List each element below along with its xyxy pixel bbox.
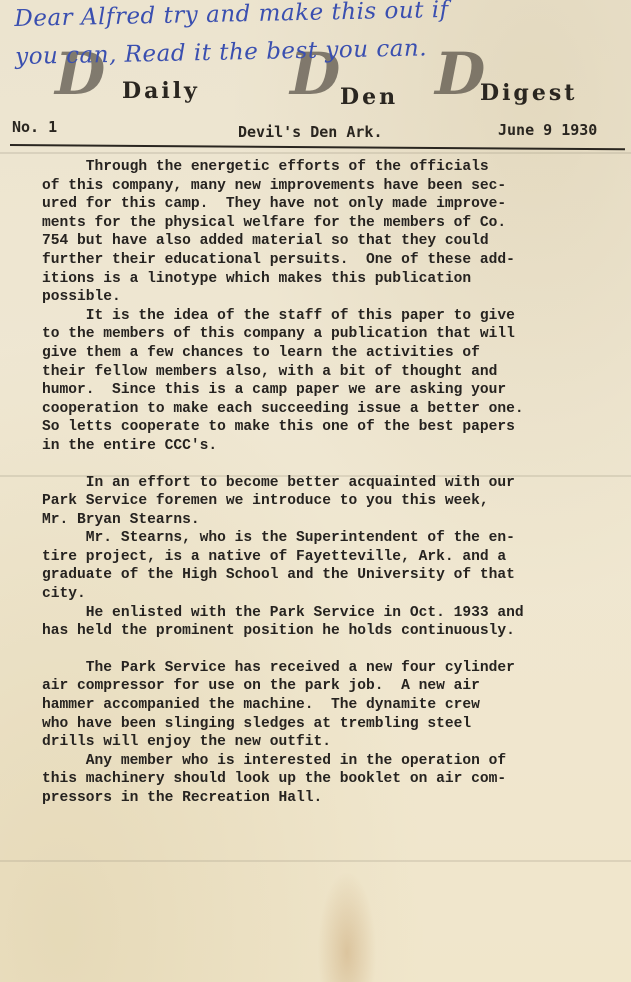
paragraph: The Park Service has received a new four…: [42, 659, 602, 752]
text-line: So letts cooperate to make this one of t…: [42, 418, 602, 437]
text-line: pressors in the Recreation Hall.: [42, 789, 602, 808]
text-line: of this company, many new improvements h…: [42, 177, 602, 196]
paragraph-gap: [42, 456, 602, 474]
text-line: humor. Since this is a camp paper we are…: [42, 381, 602, 400]
text-line: 754 but have also added material so that…: [42, 232, 602, 251]
text-line: hammer accompanied the machine. The dyna…: [42, 696, 602, 715]
masthead-rule: [10, 144, 625, 150]
document-page: D Daily D Den D Digest Dear Alfred try a…: [0, 0, 631, 982]
text-line: air compressor for use on the park job. …: [42, 677, 602, 696]
text-line: graduate of the High School and the Univ…: [42, 566, 602, 585]
paragraph: It is the idea of the staff of this pape…: [42, 307, 602, 456]
masthead-word-3: Digest: [480, 80, 577, 106]
paper-fold: [0, 152, 631, 154]
text-line: give them a few chances to learn the act…: [42, 344, 602, 363]
text-line: ments for the physical welfare for the m…: [42, 214, 602, 233]
masthead-date: June 9 1930: [498, 121, 597, 139]
text-line: in the entire CCC's.: [42, 437, 602, 456]
text-line: Any member who is interested in the oper…: [42, 752, 602, 771]
masthead-word-1: Daily: [122, 78, 200, 104]
masthead-word-2: Den: [340, 84, 398, 110]
text-line: who have been slinging sledges at trembl…: [42, 715, 602, 734]
paper-fold: [0, 860, 631, 862]
text-line: city.: [42, 585, 602, 604]
text-line: has held the prominent position he holds…: [42, 622, 602, 641]
text-line: possible.: [42, 288, 602, 307]
text-line: Park Service foremen we introduce to you…: [42, 492, 602, 511]
paragraph: Through the energetic efforts of the off…: [42, 158, 602, 307]
text-line: He enlisted with the Park Service in Oct…: [42, 604, 602, 623]
handwritten-note: Dear Alfred try and make this out if you…: [14, 0, 631, 76]
text-line: ured for this camp. They have not only m…: [42, 195, 602, 214]
text-line: Through the energetic efforts of the off…: [42, 158, 602, 177]
text-line: to the members of this company a publica…: [42, 325, 602, 344]
text-line: itions is a linotype which makes this pu…: [42, 270, 602, 289]
masthead-location: Devil's Den Ark.: [238, 123, 383, 141]
text-line: cooperation to make each succeeding issu…: [42, 400, 602, 419]
text-line: tire project, is a native of Fayettevill…: [42, 548, 602, 567]
issue-number: No. 1: [12, 118, 57, 136]
text-line: In an effort to become better acquainted…: [42, 474, 602, 493]
text-line: this machinery should look up the bookle…: [42, 770, 602, 789]
paragraph: Mr. Stearns, who is the Superintendent o…: [42, 529, 602, 603]
text-line: The Park Service has received a new four…: [42, 659, 602, 678]
paragraph: In an effort to become better acquainted…: [42, 474, 602, 530]
text-line: Mr. Bryan Stearns.: [42, 511, 602, 530]
paragraph: He enlisted with the Park Service in Oct…: [42, 604, 602, 641]
text-line: Mr. Stearns, who is the Superintendent o…: [42, 529, 602, 548]
text-line: It is the idea of the staff of this pape…: [42, 307, 602, 326]
text-line: drills will enjoy the new outfit.: [42, 733, 602, 752]
paragraph: Any member who is interested in the oper…: [42, 752, 602, 808]
paragraph-gap: [42, 641, 602, 659]
article-body: Through the energetic efforts of the off…: [42, 158, 602, 808]
text-line: further their educational persuits. One …: [42, 251, 602, 270]
text-line: their fellow members also, with a bit of…: [42, 363, 602, 382]
